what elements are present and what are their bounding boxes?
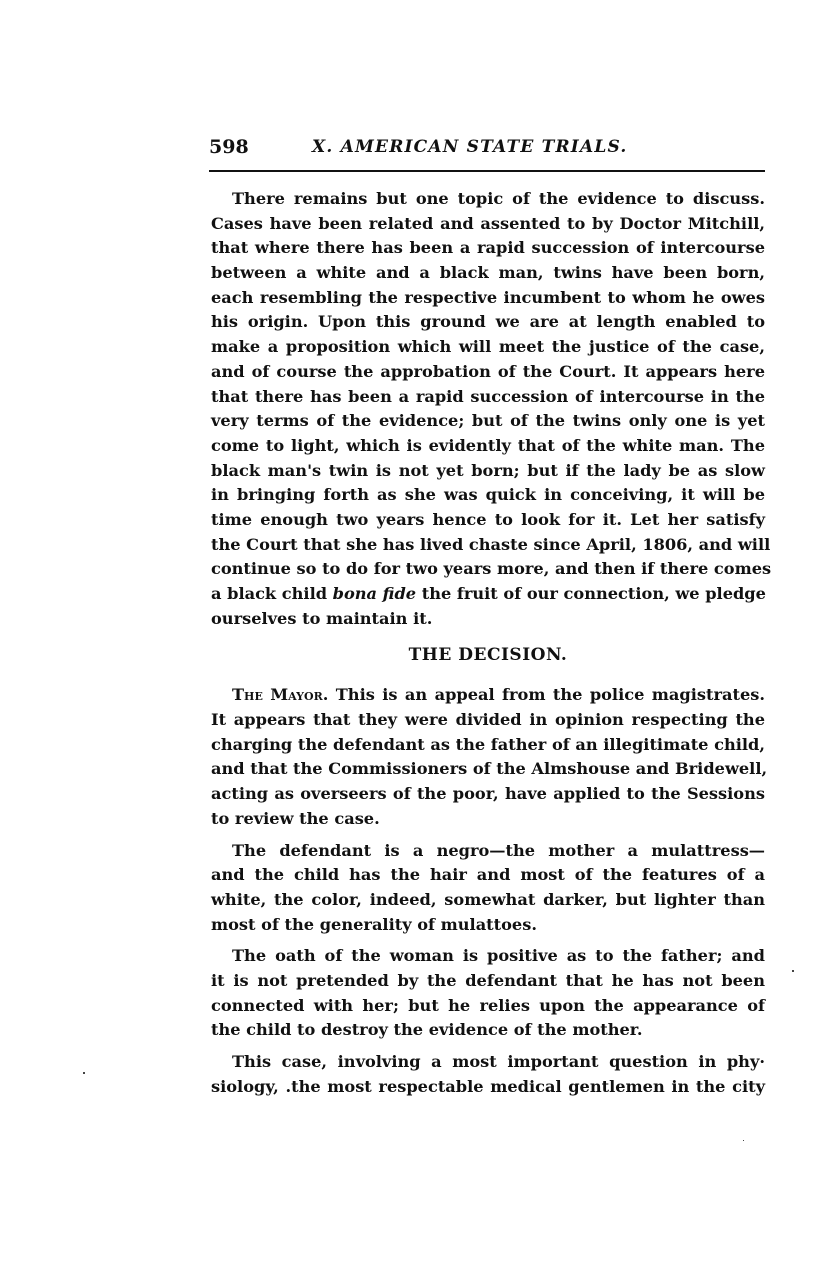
- text-line: between a white and a black man, twins h…: [211, 261, 765, 286]
- text-line: charging the defendant as the father of …: [211, 733, 765, 758]
- text-line: The defendant is a negro—the mother a mu…: [211, 839, 765, 864]
- text-line: the Court that she has lived chaste sinc…: [211, 533, 765, 558]
- text-line: It appears that they were divided in opi…: [211, 708, 765, 733]
- section-heading: THE DECISION.: [211, 641, 765, 669]
- text-line: siology, .the most respectable medical g…: [211, 1075, 765, 1100]
- text-line: that there has been a rapid succession o…: [211, 385, 765, 410]
- text-line: connected with her; but he relies upon t…: [211, 994, 765, 1019]
- text-line: it is not pretended by the defendant tha…: [211, 969, 765, 994]
- text-line: the child to destroy the evidence of the…: [211, 1018, 765, 1043]
- paragraph-decision-2: The defendant is a negro—the mother a mu…: [211, 839, 765, 938]
- text-line: to review the case.: [211, 807, 765, 832]
- scan-speck: [83, 1072, 85, 1074]
- text-line: and the child has the hair and most of t…: [211, 863, 765, 888]
- italic-phrase: bona fide: [333, 584, 416, 603]
- text-line: time enough two years hence to look for …: [211, 508, 765, 533]
- paragraph-gap: [211, 937, 765, 944]
- text-line: and that the Commissioners of the Almsho…: [211, 757, 765, 782]
- text-line: in bringing forth as she was quick in co…: [211, 483, 765, 508]
- text-line: and of course the approbation of the Cou…: [211, 360, 765, 385]
- text-line: that where there has been a rapid succes…: [211, 236, 765, 261]
- paragraph-argument: There remains but one topic of the evide…: [211, 187, 765, 631]
- paragraph-decision-1: The Mayor. This is an appeal from the po…: [211, 683, 765, 831]
- text-fragment: a black child: [211, 584, 333, 603]
- paragraph-decision-4: This case, involving a most important qu…: [211, 1050, 765, 1099]
- text-line: white, the color, indeed, somewhat darke…: [211, 888, 765, 913]
- text-line: a black child bona fide the fruit of our…: [211, 582, 765, 607]
- header-rule: [209, 170, 765, 172]
- text-fragment: the fruit of our connection, we pledge: [416, 584, 766, 603]
- text-line: each resembling the respective incumbent…: [211, 286, 765, 311]
- body-text: There remains but one topic of the evide…: [211, 187, 765, 1099]
- text-line: come to light, which is evidently that o…: [211, 434, 765, 459]
- text-line: There remains but one topic of the evide…: [211, 187, 765, 212]
- text-line: make a proposition which will meet the j…: [211, 335, 765, 360]
- page-number: 598: [209, 136, 249, 158]
- book-page: 598 X. AMERICAN STATE TRIALS. There rema…: [0, 0, 836, 1284]
- text-line: The Mayor. This is an appeal from the po…: [211, 683, 765, 708]
- text-line: his origin. Upon this ground we are at l…: [211, 310, 765, 335]
- text-fragment: This is an appeal from the police magist…: [328, 685, 765, 704]
- text-line: acting as overseers of the poor, have ap…: [211, 782, 765, 807]
- running-head: 598 X. AMERICAN STATE TRIALS.: [209, 136, 765, 166]
- scan-speck: [792, 970, 794, 972]
- running-title: X. AMERICAN STATE TRIALS.: [312, 137, 628, 157]
- text-line: most of the generality of mulattoes.: [211, 913, 765, 938]
- text-line: black man's twin is not yet born; but if…: [211, 459, 765, 484]
- paragraph-gap: [211, 832, 765, 839]
- text-line: Cases have been related and assented to …: [211, 212, 765, 237]
- paragraph-decision-3: The oath of the woman is positive as to …: [211, 944, 765, 1043]
- text-line: This case, involving a most important qu…: [211, 1050, 765, 1075]
- speaker-name: The Mayor.: [232, 685, 328, 704]
- scan-speck: [743, 1140, 744, 1141]
- text-line: continue so to do for two years more, an…: [211, 557, 765, 582]
- text-line: ourselves to maintain it.: [211, 607, 765, 632]
- paragraph-gap: [211, 1043, 765, 1050]
- text-line: very terms of the evidence; but of the t…: [211, 409, 765, 434]
- text-line: The oath of the woman is positive as to …: [211, 944, 765, 969]
